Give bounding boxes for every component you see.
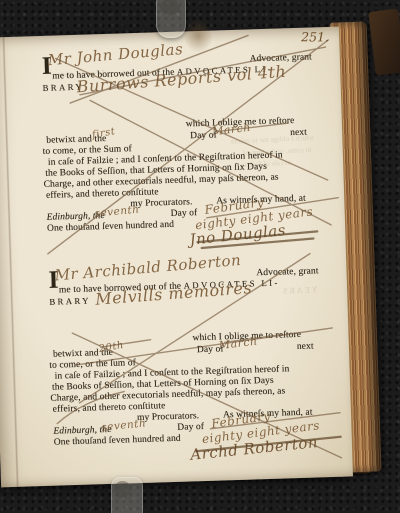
book-cover-corner [368,8,400,75]
printed-procurators: my Procurators. [130,197,192,209]
handwritten-signing-day: seventh [101,417,147,433]
borrow-entry-1: I Advocate, grant me to have borrowed ou… [0,49,346,260]
borrow-entry-2: I Advocate, grant me to have borrowed ou… [0,262,353,473]
page-holder-clip-bottom [111,477,143,513]
handwritten-return-day: 20th [98,340,125,355]
book-page: 251. Advocate, grant which I oblige me t… [0,27,353,488]
handwritten-borrower-name: Mr John Douglas [47,40,184,69]
page-number: 251. [301,29,329,44]
printed-day-of-2: Day of [177,422,204,433]
handwritten-signing-day: seventh [94,203,140,219]
printed-advocate-grant: Advocate, grant [256,266,318,278]
printed-day-of-2: Day of [170,208,197,219]
printed-next: next [290,128,307,139]
photo-of-library-borrow-register: 251. Advocate, grant which I oblige me t… [0,0,400,513]
printed-next: next [297,342,314,353]
printed-procurators: my Procurators. [137,411,199,423]
page-stain [183,19,214,54]
printed-brary-caps: brary [49,296,91,307]
handwritten-return-day: first [91,126,116,141]
page-holder-clip-top [156,0,186,38]
